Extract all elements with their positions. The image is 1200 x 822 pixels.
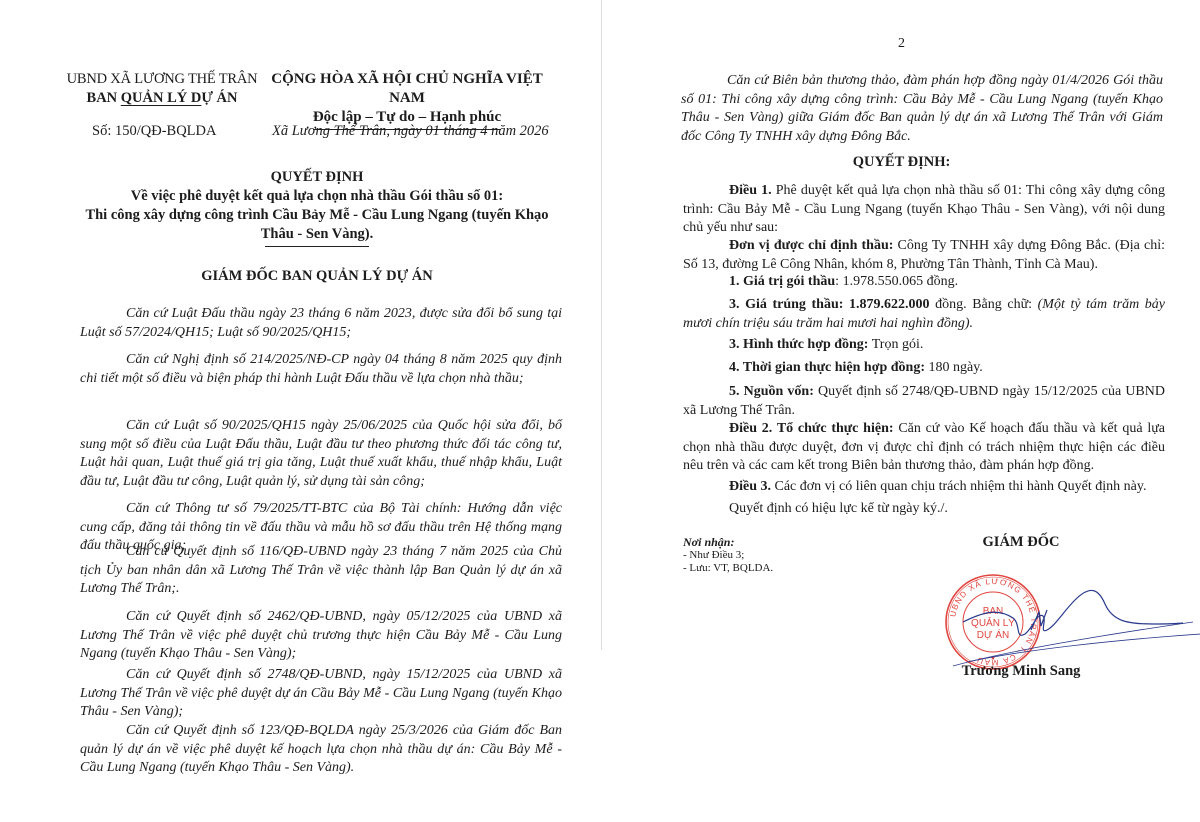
nation-name: CỘNG HÒA XÃ HỘI CHỦ NGHĨA VIỆT NAM [252, 70, 562, 108]
issuing-authority: GIÁM ĐỐC BAN QUẢN LÝ DỰ ÁN [72, 268, 562, 285]
document-title: QUYẾT ĐỊNH Về việc phê duyệt kết quả lựa… [72, 168, 562, 247]
legal-basis-3: Căn cứ Luật số 90/2025/QH15 ngày 25/06/2… [80, 417, 562, 491]
place-and-date: Xã Lương Thế Trân, ngày 01 tháng 4 năm 2… [272, 123, 549, 140]
recipients-block: Nơi nhận: - Như Điều 3; - Lưu: VT, BQLDA… [683, 536, 773, 575]
contract-type: 3. Hình thức hợp đồng: Trọn gói. [683, 336, 1165, 355]
title-heading: QUYẾT ĐỊNH [72, 168, 562, 187]
signature-icon [943, 560, 1200, 670]
winning-bid-price: 3. Giá trúng thầu: 1.879.622.000 đồng. B… [683, 296, 1165, 333]
title-line-2: Thi công xây dựng công trình Cầu Bảy Mễ … [72, 206, 562, 225]
page-2: 2 Căn cứ Biên bản thương thảo, đàm phán … [603, 0, 1200, 822]
title-underline [265, 246, 369, 247]
article-1: Điều 1. Phê duyệt kết quả lựa chọn nhà t… [683, 182, 1165, 238]
legal-basis-7: Căn cứ Quyết định số 2748/QĐ-UBND, ngày … [80, 666, 562, 722]
decision-heading: QUYẾT ĐỊNH: [603, 154, 1200, 171]
article-2: Điều 2. Tổ chức thực hiện: Căn cứ vào Kế… [683, 420, 1165, 476]
recipients-heading: Nơi nhận: [683, 536, 773, 549]
legal-basis-9: Căn cứ Biên bản thương thảo, đàm phán hợ… [681, 72, 1163, 146]
recipient-item: - Lưu: VT, BQLDA. [683, 562, 773, 575]
legal-basis-5: Căn cứ Quyết định số 116/QĐ-UBND ngày 23… [80, 543, 562, 599]
agency-parent: UBND XÃ LƯƠNG THẾ TRÂN [62, 70, 262, 89]
signer-name: Trương Minh Sang [941, 663, 1101, 680]
page-1: UBND XÃ LƯƠNG THẾ TRÂN BAN QUẢN LÝ DỰ ÁN… [0, 0, 602, 822]
contract-duration: 4. Thời gian thực hiện hợp đồng: 180 ngà… [683, 359, 1165, 378]
legal-basis-8: Căn cứ Quyết định số 123/QĐ-BQLDA ngày 2… [80, 722, 562, 778]
contractor-info: Đơn vị được chỉ định thầu: Công Ty TNHH … [683, 237, 1165, 274]
effective-clause: Quyết định có hiệu lực kể từ ngày ký./. [683, 500, 1165, 519]
legal-basis-2: Căn cứ Nghị định số 214/2025/NĐ-CP ngày … [80, 351, 562, 388]
agency-name: BAN QUẢN LÝ DỰ ÁN [62, 89, 262, 108]
national-heading: CỘNG HÒA XÃ HỘI CHỦ NGHĨA VIỆT NAM Độc l… [252, 70, 562, 130]
recipient-item: - Như Điều 3; [683, 549, 773, 562]
title-line-3: Thâu - Sen Vàng). [72, 225, 562, 244]
page-number: 2 [603, 36, 1200, 52]
article-3: Điều 3. Các đơn vị có liên quan chịu trá… [683, 478, 1165, 497]
legal-basis-6: Căn cứ Quyết định số 2462/QĐ-UBND, ngày … [80, 608, 562, 664]
legal-basis-1: Căn cứ Luật Đấu thầu ngày 23 tháng 6 năm… [80, 305, 562, 342]
funding-source: 5. Nguồn vốn: Quyết định số 2748/QĐ-UBND… [683, 383, 1165, 420]
issuing-agency: UBND XÃ LƯƠNG THẾ TRÂN BAN QUẢN LÝ DỰ ÁN [62, 70, 262, 108]
document-number: Số: 150/QĐ-BQLDA [92, 123, 216, 140]
package-value: 1. Giá trị gói thầu: 1.978.550.065 đồng. [683, 273, 1165, 292]
signer-title: GIÁM ĐỐC [941, 534, 1101, 551]
title-line-1: Về việc phê duyệt kết quả lựa chọn nhà t… [72, 187, 562, 206]
